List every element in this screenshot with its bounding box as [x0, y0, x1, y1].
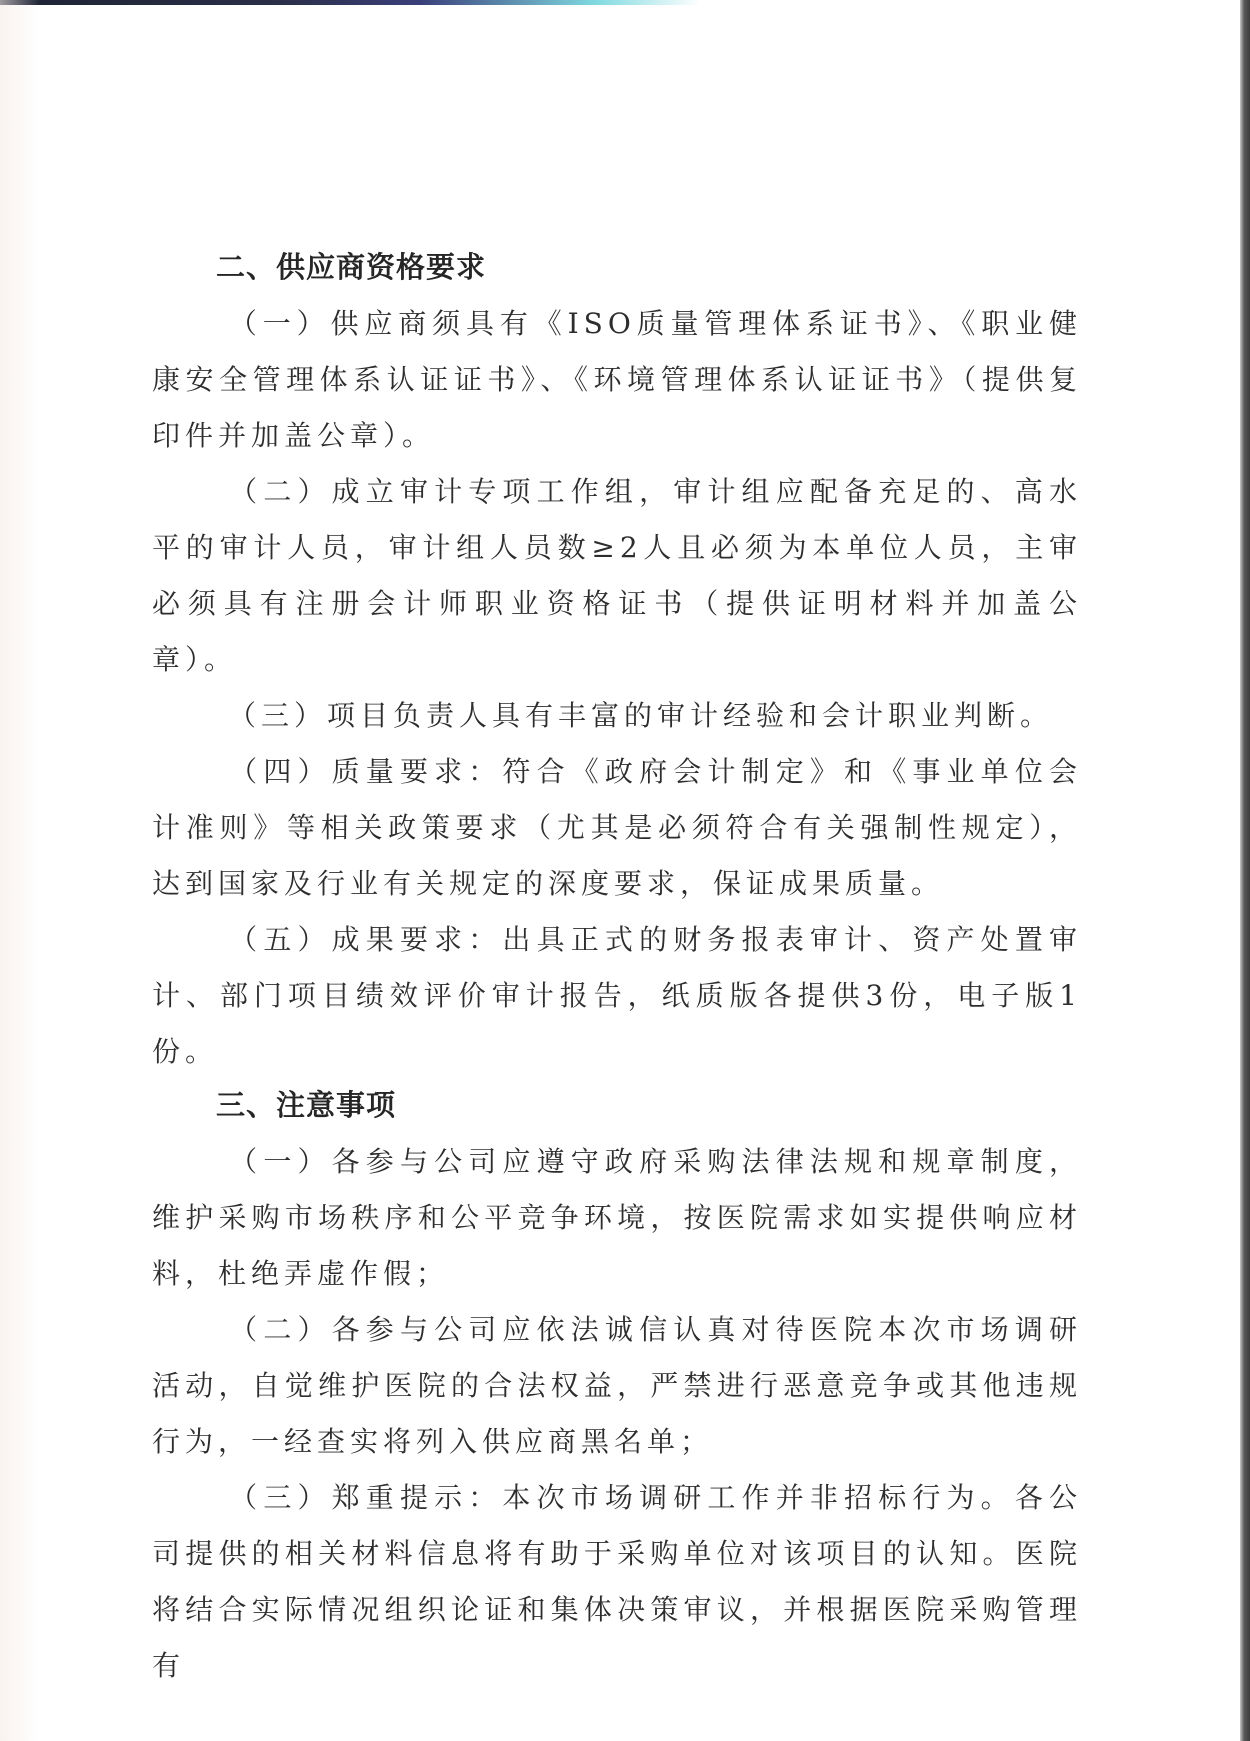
document-page: 二、供应商资格要求 （一）供应商须具有《ISO质量管理体系证书》、《职业健康安全…: [152, 238, 1082, 1694]
paragraph-text: （一）各参与公司应遵守政府采购法律法规和规章制度，维护采购市场秩序和公平竞争环境…: [152, 1145, 1082, 1290]
paragraph: （一）各参与公司应遵守政府采购法律法规和规章制度，维护采购市场秩序和公平竞争环境…: [152, 1134, 1082, 1302]
section-notes: 三、注意事项 （一）各参与公司应遵守政府采购法律法规和规章制度，维护采购市场秩序…: [152, 1076, 1082, 1694]
paragraph-text: （五）成果要求：出具正式的财务报表审计、资产处置审计、部门项目绩效评价审计报告，…: [152, 923, 1082, 1068]
scan-edge-left: [0, 0, 40, 1741]
paragraph-text: （二）各参与公司应依法诚信认真对待医院本次市场调研活动，自觉维护医院的合法权益，…: [152, 1313, 1082, 1458]
paragraph: （一）供应商须具有《ISO质量管理体系证书》、《职业健康安全管理体系认证证书》、…: [152, 296, 1082, 464]
paragraph-text: （二）成立审计专项工作组，审计组应配备充足的、高水平的审计人员，审计组人员数≥2…: [152, 475, 1082, 676]
paragraph: （四）质量要求：符合《政府会计制定》和《事业单位会计准则》等相关政策要求（尤其是…: [152, 744, 1082, 912]
paragraph-text: （三）郑重提示：本次市场调研工作并非招标行为。各公司提供的相关材料信息将有助于采…: [152, 1481, 1082, 1682]
scan-edge-top: [0, 0, 700, 5]
section-heading: 二、供应商资格要求: [152, 238, 1082, 296]
paragraph: （五）成果要求：出具正式的财务报表审计、资产处置审计、部门项目绩效评价审计报告，…: [152, 912, 1082, 1080]
paragraph: （二）成立审计专项工作组，审计组应配备充足的、高水平的审计人员，审计组人员数≥2…: [152, 464, 1082, 688]
section-supplier-qualifications: 二、供应商资格要求 （一）供应商须具有《ISO质量管理体系证书》、《职业健康安全…: [152, 238, 1082, 1080]
paragraph: （三）项目负责人具有丰富的审计经验和会计职业判断。: [152, 688, 1082, 744]
paragraph-text: （四）质量要求：符合《政府会计制定》和《事业单位会计准则》等相关政策要求（尤其是…: [152, 755, 1082, 900]
paragraph: （三）郑重提示：本次市场调研工作并非招标行为。各公司提供的相关材料信息将有助于采…: [152, 1470, 1082, 1694]
scan-edge-right: [1240, 0, 1250, 1741]
paragraph-text: （一）供应商须具有《ISO质量管理体系证书》、《职业健康安全管理体系认证证书》、…: [152, 307, 1082, 452]
section-heading: 三、注意事项: [152, 1076, 1082, 1134]
paragraph-text: （三）项目负责人具有丰富的审计经验和会计职业判断。: [228, 699, 1053, 732]
paragraph: （二）各参与公司应依法诚信认真对待医院本次市场调研活动，自觉维护医院的合法权益，…: [152, 1302, 1082, 1470]
